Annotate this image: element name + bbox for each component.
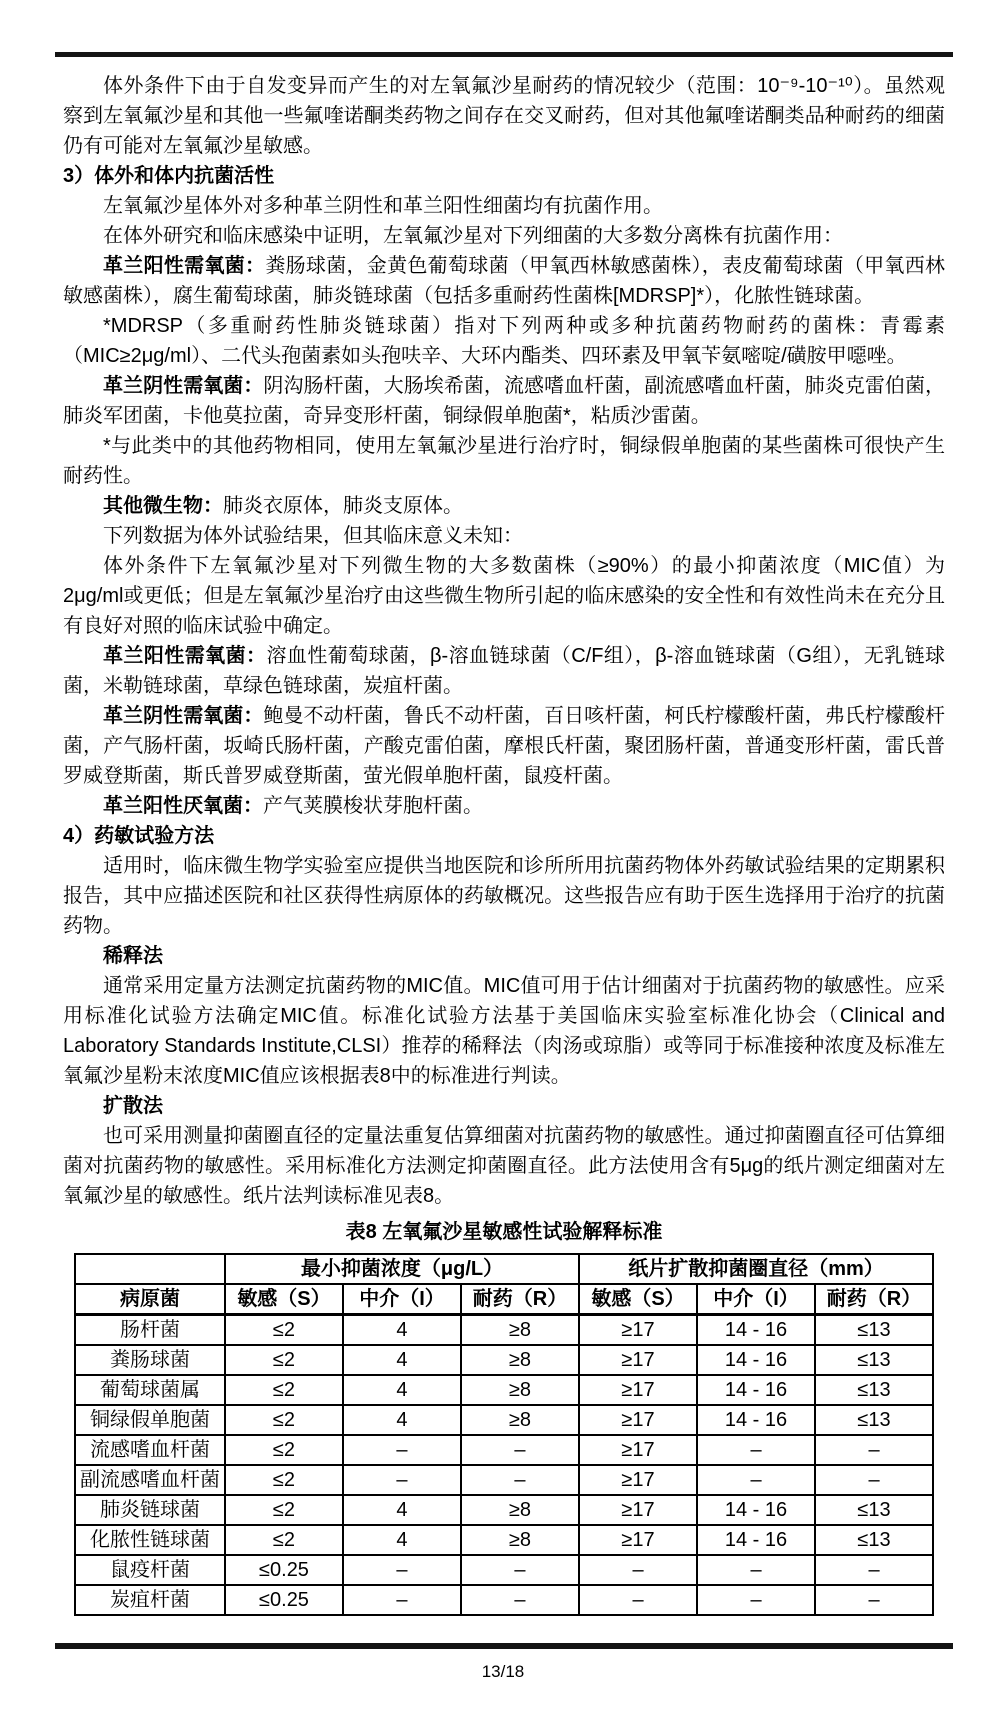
cell-value: – — [343, 1585, 461, 1615]
paragraph-mdrsp-note: *MDRSP（多重耐药性肺炎链球菌）指对下列两种或多种抗菌药物耐药的菌株：青霉素… — [63, 311, 945, 371]
paragraph-gram-positive-aerobes-2: 革兰阳性需氧菌：溶血性葡萄球菌，β-溶血链球菌（C/F组），β-溶血链球菌（G组… — [63, 641, 945, 701]
cell-value: 4 — [343, 1345, 461, 1375]
cell-value: – — [343, 1435, 461, 1465]
paragraph-text: 也可采用测量抑菌圈直径的定量法重复估算细菌对抗菌药物的敏感性。通过抑菌圈直径可估… — [63, 1125, 945, 1207]
paragraph-text: 肺炎衣原体，肺炎支原体。 — [223, 495, 463, 517]
paragraph-text: 下列数据为体外试验结果，但其临床意义未知： — [103, 525, 523, 547]
cell-value: – — [815, 1465, 933, 1495]
cell-value: – — [697, 1585, 815, 1615]
paragraph-resistance-rate: 体外条件下由于自发变异而产生的对左氧氟沙星耐药的情况较少（范围：10⁻⁹-10⁻… — [63, 71, 945, 161]
paragraph-text: *与此类中的其他药物相同，使用左氧氟沙星进行治疗时，铜绿假单胞菌的某些菌株可很快… — [63, 435, 945, 487]
paragraph-activity-intro: 左氧氟沙星体外对多种革兰阴性和革兰阳性细菌均有抗菌作用。 — [63, 191, 945, 221]
paragraph-lead: 革兰阳性需氧菌： — [103, 255, 265, 277]
column-header-intermediate-disk: 中介（I） — [697, 1284, 815, 1315]
column-header-susceptible-mic: 敏感（S） — [225, 1284, 343, 1315]
cell-value: ≤2 — [225, 1495, 343, 1525]
table-row: 铜绿假单胞菌 ≤2 4 ≥8 ≥17 14 - 16 ≤13 — [75, 1405, 933, 1435]
subheading-dilution-method: 稀释法 — [63, 941, 945, 971]
cell-value: ≤2 — [225, 1435, 343, 1465]
table-row: 炭疽杆菌 ≤0.25 – – – – – — [75, 1585, 933, 1615]
paragraph-lead: 革兰阳性需氧菌： — [103, 645, 267, 667]
cell-value: 4 — [343, 1375, 461, 1405]
susceptibility-table: 最小抑菌浓度（μg/L） 纸片扩散抑菌圈直径（mm） 病原菌 敏感（S） 中介（… — [74, 1253, 934, 1616]
cell-value: – — [343, 1465, 461, 1495]
paragraph-pseudomonas-note: *与此类中的其他药物相同，使用左氧氟沙星进行治疗时，铜绿假单胞菌的某些菌株可很快… — [63, 431, 945, 491]
cell-pathogen: 副流感嗜血杆菌 — [75, 1465, 225, 1495]
cell-value: – — [815, 1435, 933, 1465]
paragraph-proven-intro: 在体外研究和临床感染中证明，左氧氟沙星对下列细菌的大多数分离株有抗菌作用： — [63, 221, 945, 251]
cell-value: 14 - 16 — [697, 1375, 815, 1405]
cell-value: 14 - 16 — [697, 1345, 815, 1375]
footer-page-number: 13/18 — [482, 1662, 525, 1681]
column-header-resistant-mic: 耐药（R） — [461, 1284, 579, 1315]
cell-value: ≤2 — [225, 1345, 343, 1375]
document-body: 体外条件下由于自发变异而产生的对左氧氟沙星耐药的情况较少（范围：10⁻⁹-10⁻… — [63, 71, 945, 1616]
document-page: 体外条件下由于自发变异而产生的对左氧氟沙星耐药的情况较少（范围：10⁻⁹-10⁻… — [0, 0, 1006, 1719]
paragraph-lead: 革兰阴性需氧菌： — [103, 705, 263, 727]
cell-value: ≥17 — [579, 1465, 697, 1495]
cell-value: ≤2 — [225, 1525, 343, 1555]
footer: 13/18 — [0, 1660, 1006, 1684]
cell-value: ≤13 — [815, 1495, 933, 1525]
cell-value: 4 — [343, 1525, 461, 1555]
cell-pathogen: 炭疽杆菌 — [75, 1585, 225, 1615]
cell-pathogen: 铜绿假单胞菌 — [75, 1405, 225, 1435]
cell-value: ≤13 — [815, 1405, 933, 1435]
cell-pathogen: 鼠疫杆菌 — [75, 1555, 225, 1585]
cell-value: 14 - 16 — [697, 1525, 815, 1555]
cell-value: ≥8 — [461, 1375, 579, 1405]
cell-value: ≤0.25 — [225, 1585, 343, 1615]
cell-value: ≥8 — [461, 1405, 579, 1435]
cell-value: 4 — [343, 1315, 461, 1346]
cell-value: – — [697, 1555, 815, 1585]
paragraph-text: 左氧氟沙星体外对多种革兰阴性和革兰阳性细菌均有抗菌作用。 — [103, 195, 663, 217]
cell-value: – — [697, 1435, 815, 1465]
table-group-header-row: 最小抑菌浓度（μg/L） 纸片扩散抑菌圈直径（mm） — [75, 1254, 933, 1284]
cell-value: 14 - 16 — [697, 1495, 815, 1525]
cell-value: ≥17 — [579, 1375, 697, 1405]
cell-value: 4 — [343, 1495, 461, 1525]
cell-value: – — [815, 1555, 933, 1585]
cell-value: – — [343, 1555, 461, 1585]
cell-pathogen: 流感嗜血杆菌 — [75, 1435, 225, 1465]
cell-value: ≥8 — [461, 1495, 579, 1525]
cell-value: ≥8 — [461, 1315, 579, 1346]
column-header-pathogen: 病原菌 — [75, 1284, 225, 1315]
cell-value: – — [461, 1555, 579, 1585]
cell-value: ≥17 — [579, 1345, 697, 1375]
paragraph-invitro-note: 下列数据为体外试验结果，但其临床意义未知： — [63, 521, 945, 551]
paragraph-text: *MDRSP（多重耐药性肺炎链球菌）指对下列两种或多种抗菌药物耐药的菌株：青霉素… — [63, 315, 945, 367]
column-header-intermediate-mic: 中介（I） — [343, 1284, 461, 1315]
subheading-text: 扩散法 — [103, 1095, 163, 1117]
paragraph-text: 体外条件下由于自发变异而产生的对左氧氟沙星耐药的情况较少（范围：10⁻⁹-10⁻… — [63, 75, 945, 157]
table-column-header-row: 病原菌 敏感（S） 中介（I） 耐药（R） 敏感（S） 中介（I） 耐药（R） — [75, 1284, 933, 1315]
subheading-diffusion-method: 扩散法 — [63, 1091, 945, 1121]
paragraph-lead: 革兰阴性需氧菌： — [103, 375, 263, 397]
cell-value: ≤2 — [225, 1375, 343, 1405]
cell-pathogen: 化脓性链球菌 — [75, 1525, 225, 1555]
cell-value: ≥17 — [579, 1315, 697, 1346]
table-row: 粪肠球菌 ≤2 4 ≥8 ≥17 14 - 16 ≤13 — [75, 1345, 933, 1375]
cell-value: – — [579, 1585, 697, 1615]
paragraph-mic-90: 体外条件下左氧氟沙星对下列微生物的大多数菌株（≥90%）的最小抑菌浓度（MIC值… — [63, 551, 945, 641]
cell-value: – — [461, 1435, 579, 1465]
cell-value: ≥17 — [579, 1405, 697, 1435]
table-cell-empty — [75, 1254, 225, 1284]
paragraph-lead: 其他微生物： — [103, 495, 223, 517]
table-row: 鼠疫杆菌 ≤0.25 – – – – – — [75, 1555, 933, 1585]
paragraph-lead: 革兰阳性厌氧菌： — [103, 795, 263, 817]
top-rule — [55, 52, 953, 57]
table-row: 化脓性链球菌 ≤2 4 ≥8 ≥17 14 - 16 ≤13 — [75, 1525, 933, 1555]
cell-pathogen: 肠杆菌 — [75, 1315, 225, 1346]
cell-value: ≤2 — [225, 1405, 343, 1435]
heading-text: 3）体外和体内抗菌活性 — [63, 165, 274, 187]
cell-value: ≤13 — [815, 1315, 933, 1346]
cell-value: ≥17 — [579, 1495, 697, 1525]
paragraph-text: 通常采用定量方法测定抗菌药物的MIC值。MIC值可用于估计细菌对于抗菌药物的敏感… — [63, 975, 945, 1087]
subheading-text: 稀释法 — [103, 945, 163, 967]
table-row: 肺炎链球菌 ≤2 4 ≥8 ≥17 14 - 16 ≤13 — [75, 1495, 933, 1525]
paragraph-text: 适用时，临床微生物学实验室应提供当地医院和诊所所用抗菌药物体外药敏试验结果的定期… — [63, 855, 945, 937]
paragraph-gram-negative-aerobes-1: 革兰阴性需氧菌：阴沟肠杆菌，大肠埃希菌，流感嗜血杆菌，副流感嗜血杆菌，肺炎克雷伯… — [63, 371, 945, 431]
table-group-header-disk: 纸片扩散抑菌圈直径（mm） — [579, 1254, 933, 1284]
cell-value: ≥8 — [461, 1525, 579, 1555]
column-header-resistant-disk: 耐药（R） — [815, 1284, 933, 1315]
cell-pathogen: 粪肠球菌 — [75, 1345, 225, 1375]
cell-pathogen: 肺炎链球菌 — [75, 1495, 225, 1525]
paragraph-text: 体外条件下左氧氟沙星对下列微生物的大多数菌株（≥90%）的最小抑菌浓度（MIC值… — [63, 555, 945, 637]
cell-value: ≤2 — [225, 1465, 343, 1495]
cell-value: ≥8 — [461, 1345, 579, 1375]
section-heading-3: 3）体外和体内抗菌活性 — [63, 161, 945, 191]
table-title: 表8 左氧氟沙星敏感性试验解释标准 — [63, 1217, 945, 1247]
cell-value: ≤0.25 — [225, 1555, 343, 1585]
section-heading-4: 4）药敏试验方法 — [63, 821, 945, 851]
paragraph-diffusion-method: 也可采用测量抑菌圈直径的定量法重复估算细菌对抗菌药物的敏感性。通过抑菌圈直径可估… — [63, 1121, 945, 1211]
cell-value: ≤2 — [225, 1315, 343, 1346]
cell-value: – — [461, 1465, 579, 1495]
column-header-susceptible-disk: 敏感（S） — [579, 1284, 697, 1315]
cell-value: – — [579, 1555, 697, 1585]
table-row: 流感嗜血杆菌 ≤2 – – ≥17 – – — [75, 1435, 933, 1465]
paragraph-lab-reports: 适用时，临床微生物学实验室应提供当地医院和诊所所用抗菌药物体外药敏试验结果的定期… — [63, 851, 945, 941]
cell-value: ≤13 — [815, 1525, 933, 1555]
cell-value: 4 — [343, 1405, 461, 1435]
cell-value: – — [815, 1585, 933, 1615]
paragraph-text: 在体外研究和临床感染中证明，左氧氟沙星对下列细菌的大多数分离株有抗菌作用： — [103, 225, 843, 247]
cell-value: – — [697, 1465, 815, 1495]
cell-value: ≥17 — [579, 1435, 697, 1465]
cell-value: ≥17 — [579, 1525, 697, 1555]
paragraph-gram-positive-anaerobes: 革兰阳性厌氧菌：产气荚膜梭状芽胞杆菌。 — [63, 791, 945, 821]
paragraph-gram-negative-aerobes-2: 革兰阴性需氧菌：鲍曼不动杆菌，鲁氏不动杆菌，百日咳杆菌，柯氏柠檬酸杆菌，弗氏柠檬… — [63, 701, 945, 791]
paragraph-gram-positive-aerobes-1: 革兰阳性需氧菌：粪肠球菌，金黄色葡萄球菌（甲氧西林敏感菌株），表皮葡萄球菌（甲氧… — [63, 251, 945, 311]
cell-value: 14 - 16 — [697, 1405, 815, 1435]
cell-value: 14 - 16 — [697, 1315, 815, 1346]
paragraph-text: 产气荚膜梭状芽胞杆菌。 — [263, 795, 483, 817]
paragraph-dilution-method: 通常采用定量方法测定抗菌药物的MIC值。MIC值可用于估计细菌对于抗菌药物的敏感… — [63, 971, 945, 1091]
paragraph-other-microorganisms: 其他微生物：肺炎衣原体，肺炎支原体。 — [63, 491, 945, 521]
table-row: 葡萄球菌属 ≤2 4 ≥8 ≥17 14 - 16 ≤13 — [75, 1375, 933, 1405]
cell-pathogen: 葡萄球菌属 — [75, 1375, 225, 1405]
table-row: 副流感嗜血杆菌 ≤2 – – ≥17 – – — [75, 1465, 933, 1495]
cell-value: ≤13 — [815, 1375, 933, 1405]
cell-value: ≤13 — [815, 1345, 933, 1375]
cell-value: – — [461, 1585, 579, 1615]
table-row: 肠杆菌 ≤2 4 ≥8 ≥17 14 - 16 ≤13 — [75, 1315, 933, 1346]
bottom-rule — [55, 1643, 953, 1649]
heading-text: 4）药敏试验方法 — [63, 825, 214, 847]
table-group-header-mic: 最小抑菌浓度（μg/L） — [225, 1254, 579, 1284]
